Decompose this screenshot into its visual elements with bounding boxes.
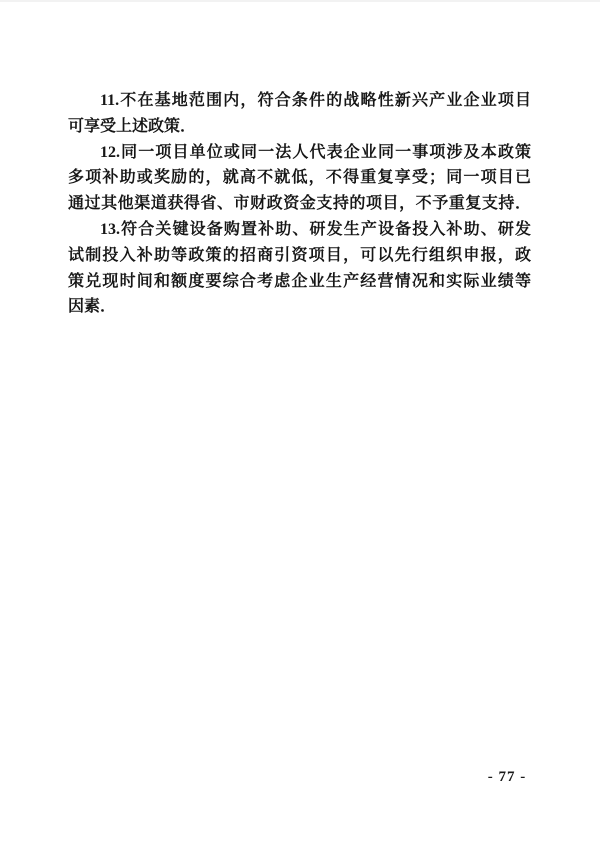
paragraph-11: 11.不在基地范围内，符合条件的战略性新兴产业企业项目 可享受上述政策． <box>68 88 531 140</box>
text-line: 13.符合关键设备购置补助、研发生产设备投入补助、研发 <box>68 217 531 243</box>
scan-edge-artifact <box>0 0 600 2</box>
text-line: 通过其他渠道获得省、市财政资金支持的项目，不予重复支持． <box>68 191 531 217</box>
text-line: 12.同一项目单位或同一法人代表企业同一事项涉及本政策 <box>68 140 531 166</box>
text-block: 11.不在基地范围内，符合条件的战略性新兴产业企业项目 可享受上述政策． 12.… <box>68 88 531 320</box>
text-line: 多项补助或奖励的，就高不就低，不得重复享受；同一项目已 <box>68 165 531 191</box>
page-number: - 77 - <box>457 768 557 786</box>
paragraph-12: 12.同一项目单位或同一法人代表企业同一事项涉及本政策 多项补助或奖励的，就高不… <box>68 140 531 217</box>
document-page: 11.不在基地范围内，符合条件的战略性新兴产业企业项目 可享受上述政策． 12.… <box>0 0 600 847</box>
text-line: 策兑现时间和额度要综合考虑企业生产经营情况和实际业绩等 <box>68 269 531 295</box>
text-line: 可享受上述政策． <box>68 114 531 140</box>
text-line: 因素． <box>68 294 531 320</box>
text-line: 11.不在基地范围内，符合条件的战略性新兴产业企业项目 <box>68 88 531 114</box>
text-line: 试制投入补助等政策的招商引资项目，可以先行组织申报，政 <box>68 243 531 269</box>
paragraph-13: 13.符合关键设备购置补助、研发生产设备投入补助、研发 试制投入补助等政策的招商… <box>68 217 531 320</box>
